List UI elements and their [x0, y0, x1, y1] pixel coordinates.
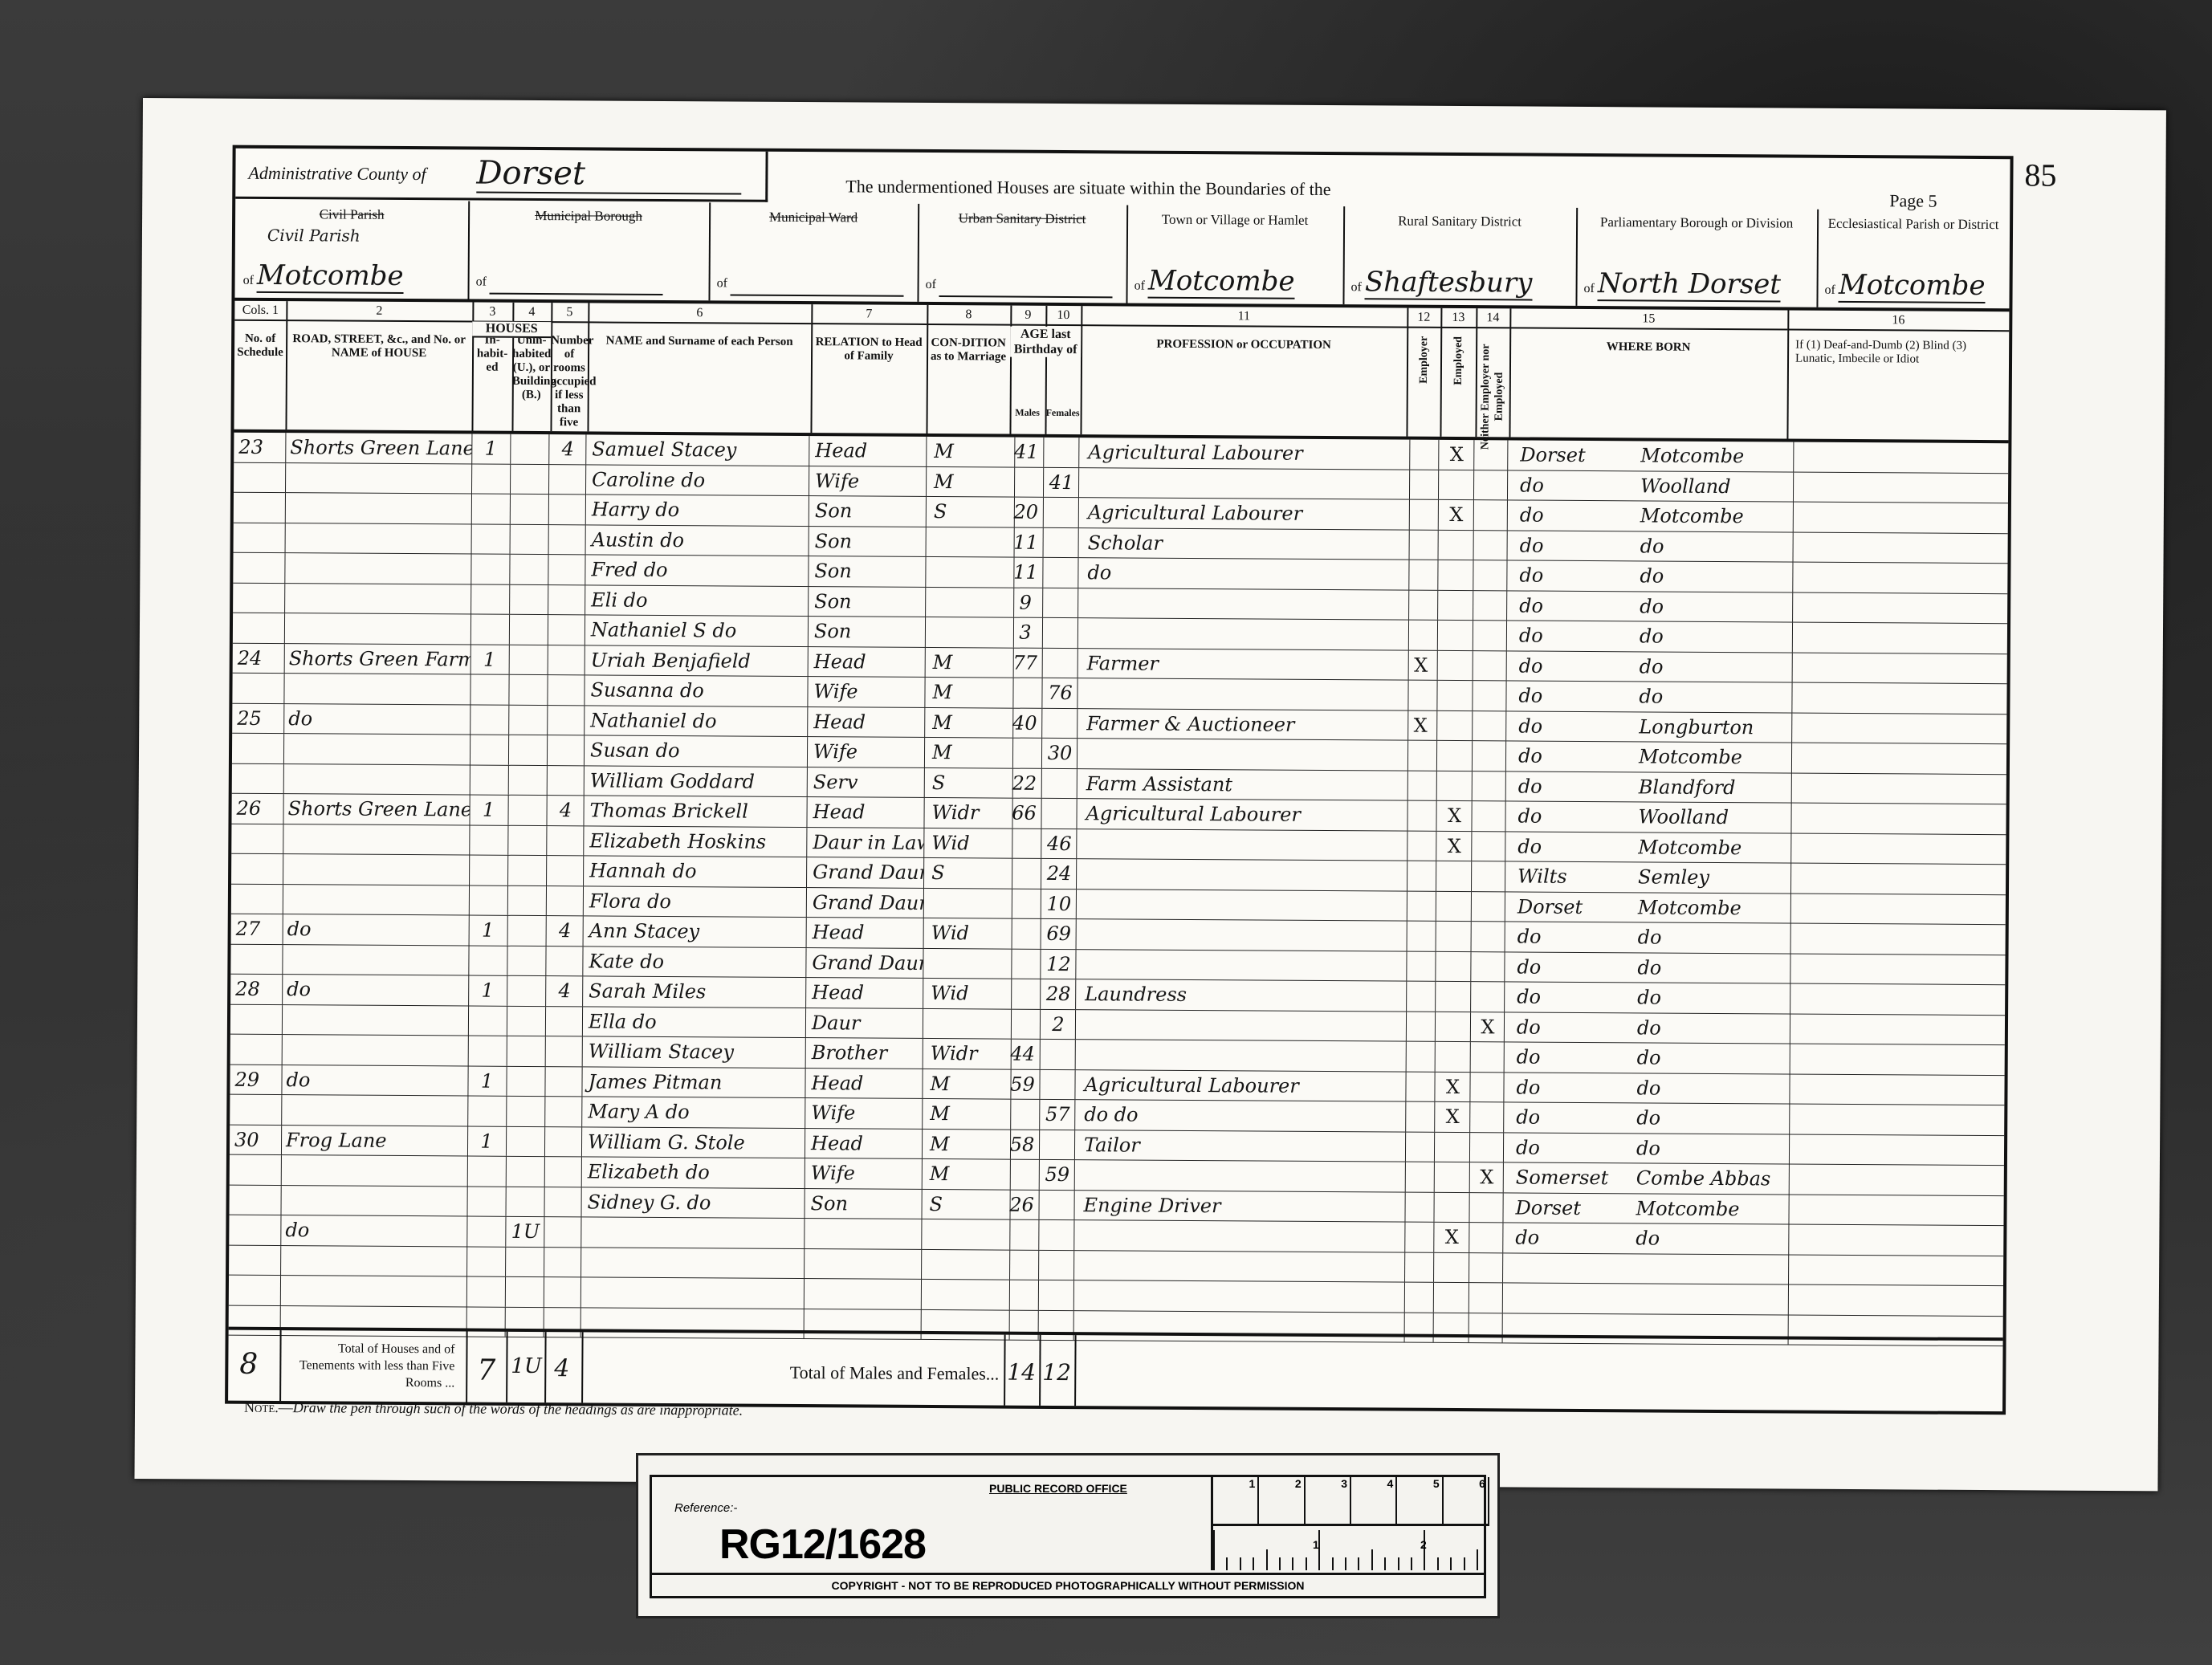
employed: X — [1435, 1223, 1469, 1252]
person-name: Harry do — [587, 495, 809, 525]
age-female — [1045, 438, 1079, 467]
birth-county: do — [1520, 500, 1640, 530]
birth-county: do — [1519, 560, 1640, 590]
road-name — [285, 523, 472, 554]
schedule-no: 30 — [230, 1125, 282, 1154]
where-born: dodo — [1508, 651, 1793, 682]
jurisdiction-rural-sanitary-district: Rural Sanitary DistrictofShaftesbury — [1342, 206, 1578, 306]
uninhabited — [511, 464, 549, 494]
schedule-no — [232, 734, 284, 763]
employer — [1402, 1132, 1435, 1162]
inhabited — [468, 1036, 507, 1065]
birth-place: do — [1636, 1077, 1660, 1099]
record-office-title: PUBLIC RECORD OFFICE — [989, 1482, 1127, 1495]
ruler-inch-scale: 12 — [1213, 1527, 1489, 1570]
where-born: doMotcombe — [1507, 741, 1792, 772]
age-female — [1041, 1040, 1076, 1069]
birth-county: Somerset — [1516, 1162, 1636, 1192]
employed: X — [1440, 440, 1474, 470]
age-female: 28 — [1041, 979, 1076, 1009]
employed — [1439, 621, 1473, 650]
column-header-8: 8CON-DITION as to Marriage — [926, 305, 1012, 434]
age-male — [1005, 1160, 1040, 1190]
employer — [1403, 801, 1436, 831]
column-title: RELATION to Head of Family — [811, 324, 927, 364]
employed — [1439, 590, 1473, 620]
birth-county: do — [1518, 741, 1639, 771]
occupation — [1079, 588, 1409, 620]
schedule-no — [230, 1004, 283, 1034]
infirmity — [1785, 743, 2006, 774]
ruler-inch-mark: 1 — [1313, 1538, 1319, 1551]
employer — [1402, 1162, 1435, 1192]
infirmity — [1782, 1164, 2004, 1195]
schedule-no — [234, 523, 286, 552]
jurisdiction-parliamentary-borough-or-division: Parliamentary Borough or DivisionofNorth… — [1575, 208, 1819, 307]
neither — [1472, 1042, 1505, 1072]
birth-place: do — [1636, 1106, 1660, 1129]
rooms — [550, 495, 586, 524]
condition: Wid — [923, 828, 1012, 857]
employer — [1402, 1102, 1435, 1132]
ruler-tick — [1345, 1557, 1346, 1570]
where-born: dodo — [1505, 982, 1790, 1013]
employed: X — [1440, 500, 1474, 530]
relation: Wife — [806, 1098, 923, 1128]
rooms — [545, 1217, 581, 1247]
infirmity — [1785, 773, 2006, 804]
jurisdiction-label: Town or Village or Hamlet — [1126, 211, 1343, 229]
where-born: DorsetMotcombe — [1509, 440, 1794, 471]
road-name — [283, 674, 471, 704]
relation — [805, 1249, 922, 1279]
infirmity — [1786, 653, 2007, 683]
employer — [1406, 440, 1439, 470]
birth-place: do — [1637, 956, 1661, 979]
neither — [1473, 861, 1505, 891]
age-female: 76 — [1043, 678, 1077, 708]
rooms: 4 — [550, 434, 586, 464]
infirmity — [1782, 1104, 2004, 1134]
uninhabited — [508, 946, 546, 975]
inhabited — [471, 555, 510, 584]
jurisdiction-ecclesiastical-parish-or-district: Ecclesiastical Parish or DistrictofMotco… — [1816, 210, 2010, 308]
ruler-cm-scale: 123456 — [1213, 1477, 1489, 1526]
person-name: Ann Stacey — [585, 916, 807, 946]
schedule-no — [234, 462, 286, 492]
birth-place: Woolland — [1640, 474, 1731, 498]
ruler-tick — [1450, 1557, 1452, 1570]
neither — [1473, 741, 1506, 771]
rooms — [548, 826, 584, 856]
condition: M — [922, 1129, 1011, 1158]
schedule-no — [233, 553, 285, 583]
inhabited — [467, 1187, 507, 1216]
relation: Daur — [807, 1008, 923, 1038]
inhabited: 1 — [467, 1126, 507, 1156]
birth-county: do — [1519, 621, 1640, 650]
age-male — [1006, 979, 1041, 1009]
employer — [1403, 891, 1436, 921]
folio-number: 85 — [2024, 156, 2056, 193]
birth-place: Woolland — [1638, 805, 1729, 828]
employer — [1405, 621, 1438, 650]
rooms — [549, 585, 585, 615]
road-name — [283, 764, 471, 795]
condition: M — [922, 1159, 1011, 1189]
column-title: CON-DITION as to Marriage — [927, 325, 1010, 364]
uninhabited — [511, 555, 548, 584]
occupation — [1077, 889, 1407, 921]
road-name: do — [283, 704, 471, 735]
person-name: Caroline do — [587, 465, 809, 495]
infirmity — [1783, 954, 2005, 984]
jurisdiction-municipal-ward: Municipal Wardof — [708, 202, 919, 302]
infirmity — [1786, 592, 2007, 623]
road-name: Frog Lane — [281, 1126, 468, 1156]
inhabited: 1 — [471, 645, 510, 674]
schedule-no — [230, 1185, 282, 1215]
birth-county: do — [1515, 1223, 1636, 1252]
age-female: 57 — [1041, 1100, 1075, 1130]
condition: S — [924, 767, 1013, 797]
rooms — [545, 1187, 581, 1217]
age-male: 58 — [1005, 1130, 1040, 1159]
ruler-tick — [1306, 1557, 1307, 1570]
road-name: do — [281, 1065, 468, 1096]
infirmity — [1782, 1074, 2004, 1105]
neither — [1471, 1133, 1504, 1162]
age-female — [1040, 1250, 1074, 1280]
relation: Head — [809, 647, 926, 677]
uninhabited — [507, 1157, 545, 1187]
column-header-10: 10Females — [1045, 306, 1082, 434]
where-born: doLongburton — [1507, 711, 1792, 743]
column-number: 8 — [927, 305, 1010, 326]
age-male: 22 — [1008, 768, 1042, 798]
column-header-2: 2ROAD, STREET, &c., and No. or NAME of H… — [285, 301, 474, 430]
relation: Son — [810, 527, 927, 556]
neither — [1470, 1223, 1503, 1252]
birth-place: Motcombe — [1638, 896, 1741, 919]
birth-county: Wilts — [1517, 861, 1638, 891]
rooms — [546, 1067, 582, 1097]
condition: M — [924, 678, 1013, 707]
infirmity — [1785, 683, 2006, 714]
schedule-no: 29 — [230, 1065, 282, 1094]
employed: X — [1437, 801, 1472, 831]
person-name: Sidney G. do — [582, 1187, 805, 1218]
rooms — [548, 766, 585, 796]
column-header-15: 15WHERE BORN — [1509, 308, 1789, 438]
uninhabited-total: 1U — [511, 1354, 542, 1378]
neither — [1473, 892, 1505, 922]
uninhabited — [509, 856, 547, 885]
uninhabited — [507, 1126, 545, 1156]
inhabited — [467, 1156, 507, 1186]
reference-prefix: Reference:- — [674, 1501, 737, 1515]
condition: Wid — [923, 918, 1012, 948]
relation: Wife — [806, 1158, 923, 1188]
employer — [1406, 530, 1439, 560]
jurisdiction-label: Ecclesiastical Parish or District — [1817, 216, 2010, 233]
infirmity — [1786, 472, 2008, 503]
person-name: Flora do — [585, 886, 807, 917]
road-name — [283, 824, 470, 855]
person-name — [582, 1217, 805, 1248]
column-headers: Cols. 1No. of Schedule2ROAD, STREET, &c.… — [234, 301, 2009, 443]
ruler-tick — [1437, 1557, 1439, 1570]
rooms — [547, 1036, 583, 1066]
rooms — [546, 1157, 582, 1187]
where-born: dodo — [1507, 681, 1792, 712]
age-male: 26 — [1004, 1190, 1039, 1219]
condition: M — [922, 1099, 1011, 1129]
birth-place: do — [1640, 625, 1664, 647]
age-female — [1040, 1220, 1074, 1250]
birth-county: do — [1520, 531, 1640, 560]
column-title: Neither Employer nor Employed — [1478, 336, 1506, 457]
birth-county: do — [1517, 922, 1638, 951]
neither — [1474, 621, 1507, 650]
schedule-no — [229, 1215, 281, 1245]
where-born: dodo — [1509, 531, 1794, 562]
inhabited: 1 — [471, 434, 511, 464]
person-name: Sarah Miles — [584, 976, 806, 1007]
column-number: 2 — [286, 301, 472, 322]
relation: Head — [807, 978, 923, 1008]
schedule-no — [229, 1276, 281, 1305]
rooms — [550, 525, 586, 555]
road-name — [284, 553, 471, 584]
employer: X — [1405, 650, 1438, 680]
condition — [925, 587, 1014, 617]
employed — [1438, 681, 1473, 710]
inhabited — [471, 495, 511, 524]
neither — [1473, 711, 1506, 741]
birth-county: do — [1517, 832, 1638, 861]
person-name: Uriah Benjafield — [586, 645, 809, 676]
infirmity — [1784, 833, 2006, 864]
where-born: dodo — [1508, 621, 1793, 652]
column-header-9: 9Males — [1009, 306, 1047, 434]
age-female: 12 — [1041, 949, 1076, 979]
rooms — [549, 645, 585, 675]
column-title: ROAD, STREET, &c., and No. or NAME of HO… — [286, 321, 472, 360]
road-name — [285, 463, 472, 494]
column-number: 9 — [1010, 306, 1045, 326]
ruler-tick — [1279, 1557, 1281, 1570]
road-name: do — [282, 975, 469, 1005]
age-male — [1004, 1280, 1039, 1310]
birth-county: do — [1517, 1042, 1637, 1072]
admin-county-label: Administrative County of — [248, 163, 426, 185]
column-header-11: 11PROFESSION or OCCUPATION — [1080, 306, 1408, 436]
inhabited — [471, 464, 511, 494]
age-female — [1045, 498, 1079, 527]
birth-place: Combe Abbas — [1636, 1166, 1771, 1190]
reference-box: PUBLIC RECORD OFFICE Reference:- RG12/16… — [650, 1475, 1486, 1598]
houses-group-label: HOUSES — [472, 322, 551, 339]
occupation — [1077, 1040, 1407, 1071]
where-born: dodo — [1505, 1012, 1790, 1044]
where-born: dodo — [1505, 1042, 1790, 1073]
inhabited — [471, 524, 511, 554]
schedule-no — [229, 1245, 281, 1275]
road-name — [285, 493, 472, 523]
infirmity — [1786, 442, 2008, 473]
reference-label: PUBLIC RECORD OFFICE Reference:- RG12/16… — [636, 1453, 1500, 1618]
neither — [1474, 651, 1507, 681]
ruler-tick — [1371, 1549, 1373, 1570]
note-text: Draw the pen through such of the words o… — [293, 1399, 743, 1418]
age-male: 66 — [1007, 799, 1041, 828]
administrative-county: Administrative County of Dorset — [235, 149, 768, 202]
schedule-no: 23 — [234, 433, 286, 462]
road-name — [283, 885, 470, 915]
persons-total-label: Total of Males and Females... — [790, 1362, 1000, 1385]
schedule-no — [231, 824, 283, 853]
where-born: doBlandford — [1507, 771, 1792, 803]
rooms — [547, 1007, 583, 1036]
note-prefix: Note.— — [244, 1399, 293, 1415]
ruler-cm-mark: 3 — [1306, 1477, 1351, 1524]
age-male — [1005, 1100, 1040, 1130]
occupation — [1078, 739, 1408, 770]
person-name: Thomas Brickell — [585, 796, 807, 826]
road-name: do — [283, 914, 470, 945]
ruler-cm-mark: 6 — [1444, 1477, 1489, 1524]
age-female — [1040, 1280, 1074, 1310]
age-female — [1043, 708, 1077, 738]
inhabited — [470, 675, 509, 705]
relation: Wife — [809, 737, 925, 767]
inhabited-total-cell: 7 — [466, 1331, 508, 1402]
age-female — [1044, 588, 1078, 617]
occupation — [1078, 678, 1408, 710]
relation: Son — [805, 1189, 922, 1219]
birth-county: do — [1519, 651, 1640, 681]
relation: Daur in Law — [808, 828, 924, 857]
where-born: dodo — [1505, 1073, 1790, 1104]
occupation — [1077, 950, 1407, 981]
column-title: PROFESSION or OCCUPATION — [1081, 326, 1407, 352]
occupation: Farm Assistant — [1078, 769, 1408, 800]
column-number: 3 — [472, 303, 512, 323]
employed — [1436, 951, 1471, 981]
occupation — [1079, 618, 1409, 649]
birth-county: do — [1518, 771, 1639, 801]
age-female — [1043, 768, 1077, 798]
employer — [1405, 590, 1438, 620]
rooms — [549, 555, 585, 584]
column-number: 15 — [1509, 308, 1787, 330]
person-name: Hannah do — [585, 856, 807, 886]
employer — [1403, 922, 1436, 951]
condition: M — [925, 647, 1014, 677]
scale-ruler: 123456 12 — [1211, 1477, 1489, 1570]
females-total: 12 — [1042, 1359, 1071, 1386]
infirmity — [1782, 1195, 2003, 1225]
column-header-6: 6NAME and Surname of each Person — [587, 303, 813, 433]
occupation: Engine Driver — [1075, 1191, 1405, 1222]
ruler-inch-mark: 2 — [1420, 1538, 1427, 1551]
person-name: Samuel Stacey — [587, 434, 809, 465]
age-male: 20 — [1009, 498, 1044, 527]
schedule-no: 25 — [232, 703, 284, 733]
relation: Brother — [807, 1038, 923, 1068]
employed — [1438, 741, 1473, 771]
occupation: Agricultural Labourer — [1077, 799, 1407, 830]
road-name — [282, 945, 469, 975]
age-female — [1044, 618, 1078, 648]
inhabited: 1 — [468, 975, 507, 1005]
ruler-tick — [1332, 1557, 1334, 1570]
relation: Grand Daur — [808, 888, 924, 918]
rooms — [548, 856, 584, 885]
uninhabited — [510, 675, 548, 705]
age-male: 44 — [1006, 1040, 1041, 1069]
schedule-no — [230, 1155, 282, 1185]
age-female: 30 — [1043, 739, 1077, 768]
jurisdiction-value: of — [926, 263, 1114, 296]
ruler-tick — [1464, 1557, 1465, 1570]
uninhabited — [508, 1036, 546, 1066]
total-schedules-cell: 8 — [228, 1330, 282, 1401]
uninhabited — [510, 735, 548, 765]
neither — [1475, 531, 1508, 560]
admin-county-value: Dorset — [476, 155, 741, 195]
employer — [1403, 1012, 1436, 1041]
neither — [1475, 470, 1508, 500]
employer — [1406, 470, 1439, 499]
employer — [1403, 831, 1436, 861]
person-name: Elizabeth do — [583, 1157, 805, 1187]
age-male — [1006, 949, 1041, 979]
reference-number: RG12/1628 — [719, 1520, 926, 1569]
age-female — [1044, 648, 1078, 678]
employer — [1405, 560, 1438, 590]
ruler-cm-mark: 2 — [1259, 1477, 1305, 1524]
neither — [1475, 500, 1508, 530]
occupation — [1075, 1251, 1405, 1282]
uninhabited — [508, 976, 546, 1006]
rooms: 4 — [548, 796, 584, 825]
inhabited — [468, 1006, 507, 1036]
males-total-cell: 14 — [1004, 1335, 1041, 1406]
birth-place: Longburton — [1639, 715, 1754, 739]
birth-county: do — [1518, 681, 1639, 710]
schedule-no — [233, 583, 285, 613]
infirmity — [1784, 864, 2006, 894]
schedule-no — [234, 493, 286, 523]
jurisdiction-value: of — [717, 262, 905, 295]
birth-place: Motcombe — [1640, 504, 1744, 527]
jurisdiction-value: ofMotcombe — [1824, 269, 1985, 302]
employed — [1435, 1252, 1469, 1282]
rooms — [548, 735, 585, 765]
employer — [1404, 681, 1437, 710]
uninhabited — [510, 705, 548, 735]
copyright-notice: COPYRIGHT - NOT TO BE REPRODUCED PHOTOGR… — [652, 1573, 1484, 1596]
condition — [921, 1280, 1010, 1309]
rooms-total-cell: 4 — [544, 1332, 584, 1402]
schedule-no — [230, 1095, 282, 1125]
condition: Widr — [923, 1039, 1012, 1069]
uninhabited — [511, 524, 549, 554]
column-header-7: 7RELATION to Head of Family — [810, 304, 928, 434]
infirmity — [1785, 713, 2006, 743]
